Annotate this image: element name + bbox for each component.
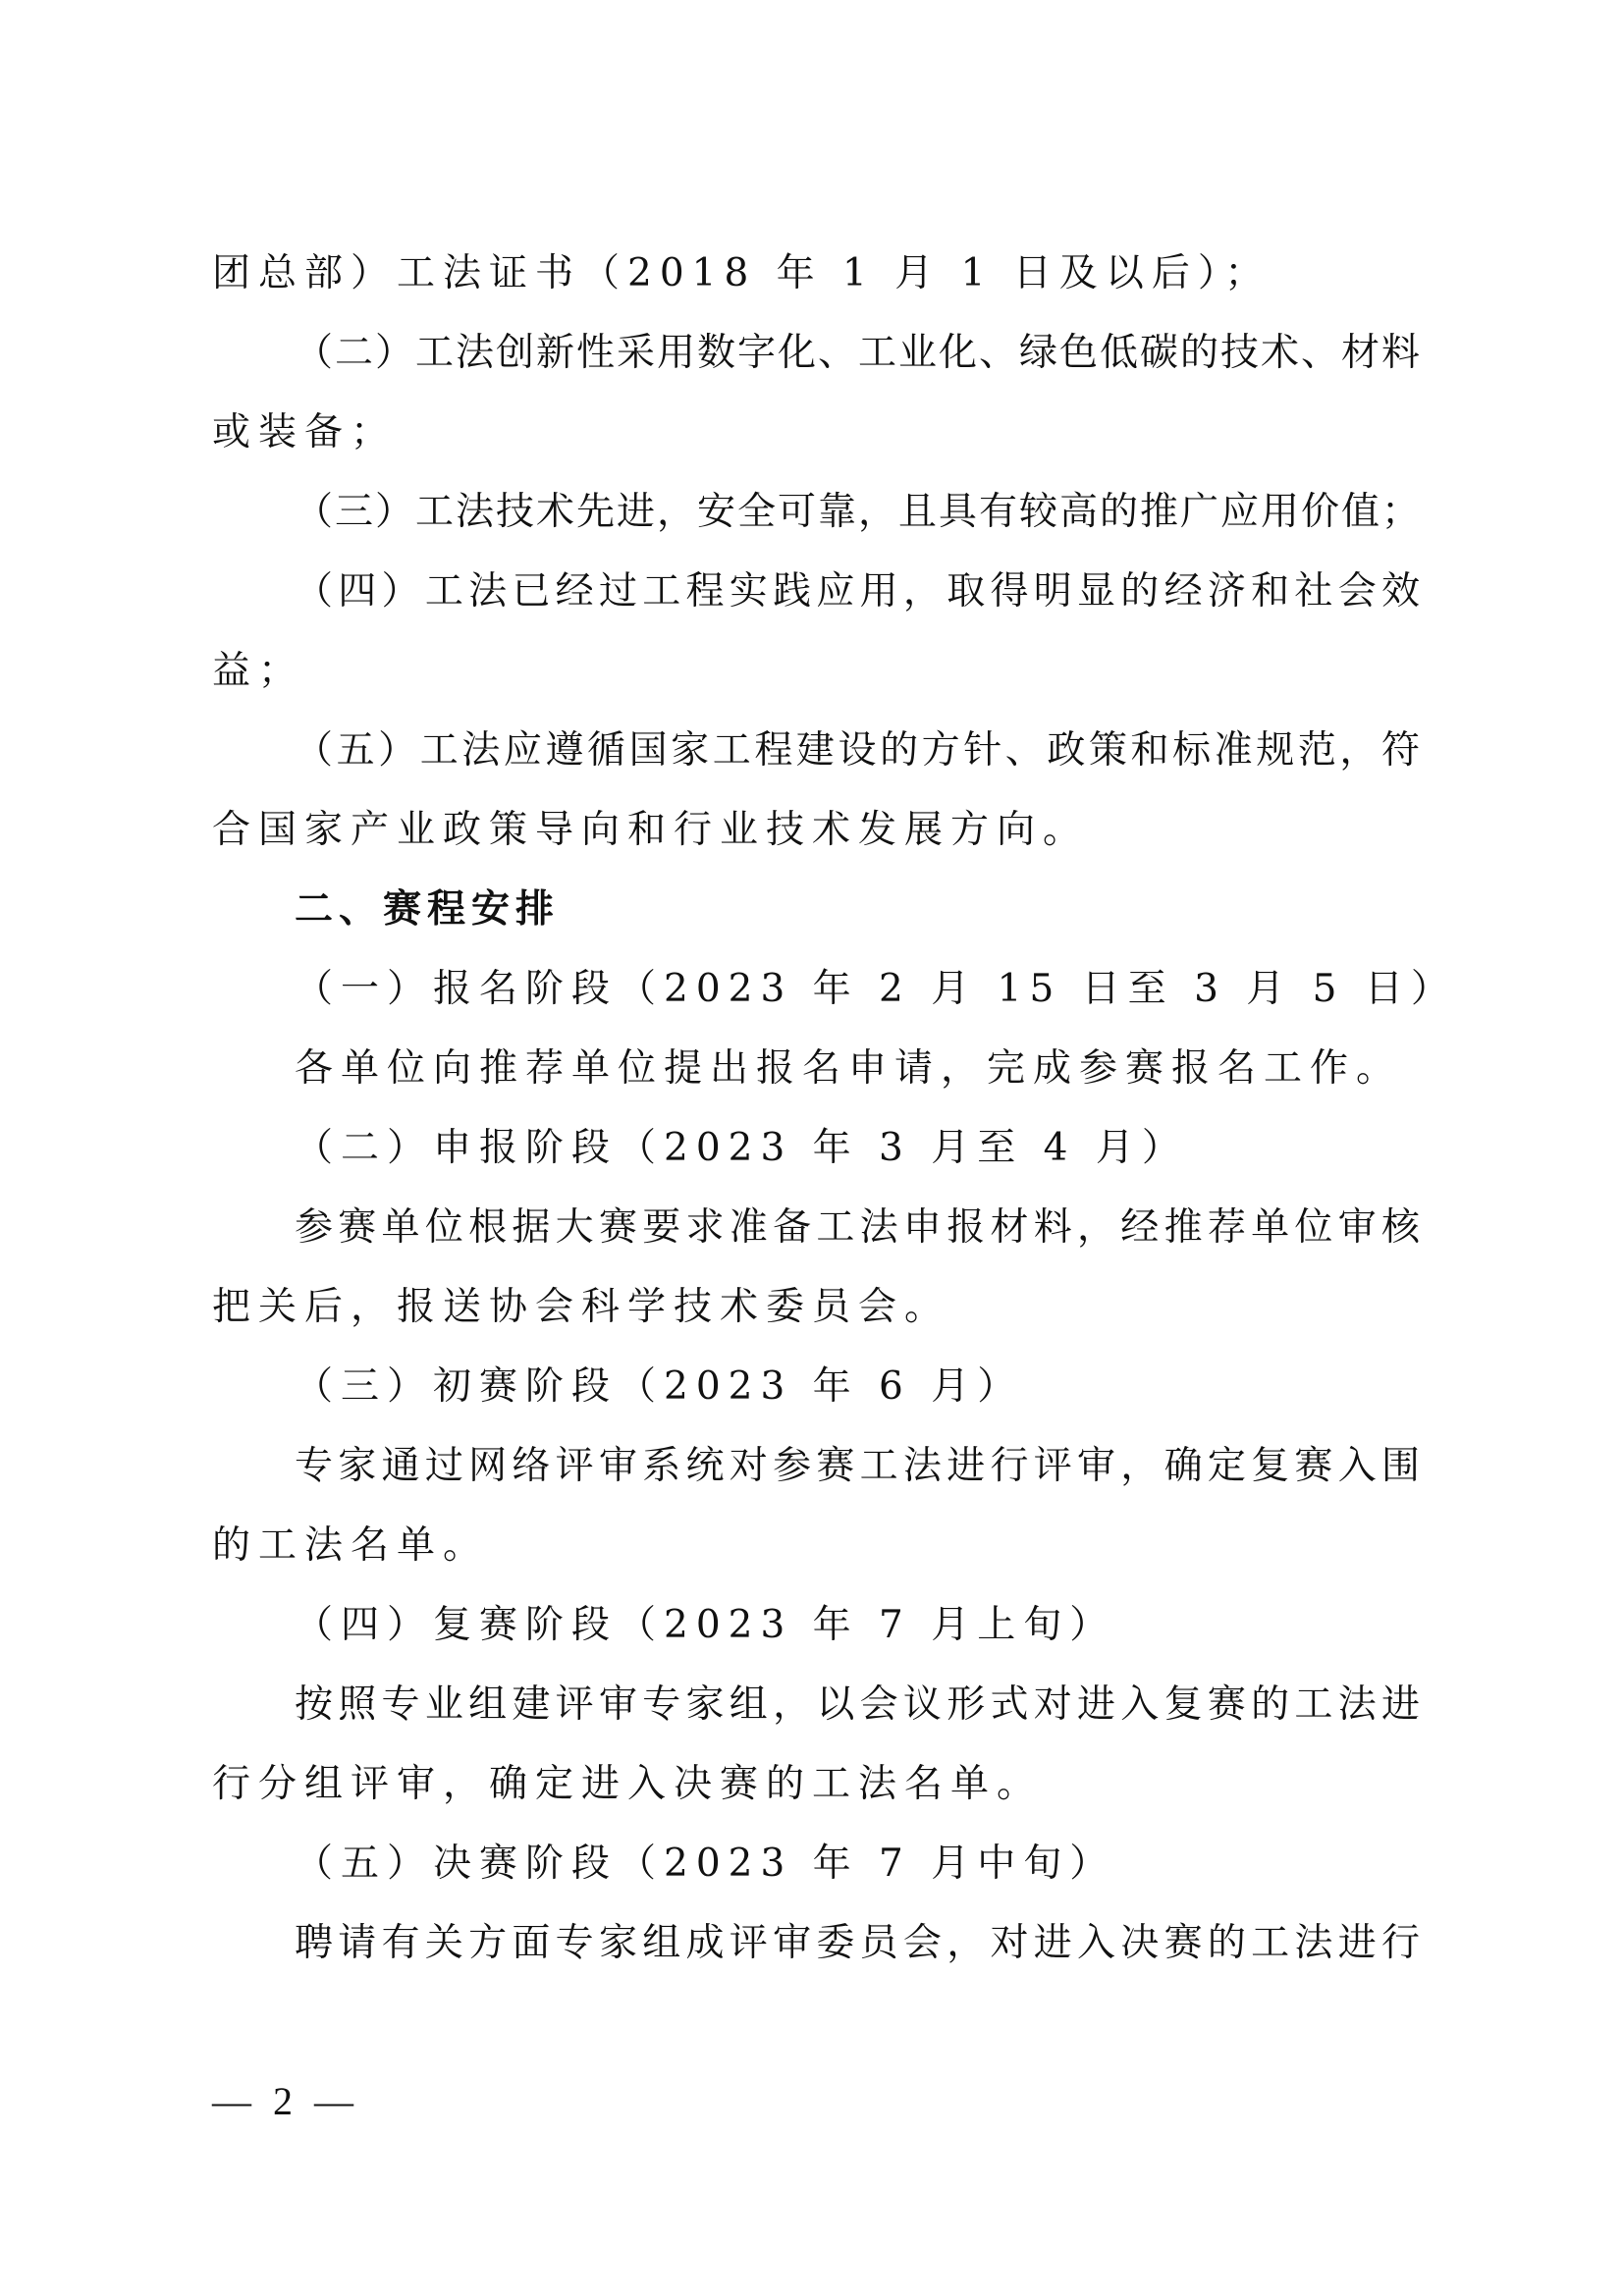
text-line: 聘请有关方面专家组成评审委员会，对进入决赛的工法进行 bbox=[295, 1917, 1420, 1970]
text-line: 按照专业组建评审专家组，以会议形式对进入复赛的工法进 bbox=[295, 1679, 1420, 1732]
text-line: 或装备； bbox=[212, 406, 1420, 459]
text-line: 合国家产业政策导向和行业技术发展方向。 bbox=[212, 804, 1420, 857]
text-line: （五）决赛阶段（2023 年 7 月中旬） bbox=[295, 1838, 1420, 1891]
text-line: （五）工法应遵循国家工程建设的方针、政策和标准规范，符 bbox=[295, 724, 1420, 777]
text-line: 团总部）工法证书（2018 年 1 月 1 日及以后）； bbox=[212, 247, 1420, 300]
text-line: （三）工法技术先进，安全可靠，且具有较高的推广应用价值； bbox=[295, 486, 1420, 539]
text-line: 的工法名单。 bbox=[212, 1520, 1420, 1573]
text-line: （四）工法已经过工程实践应用，取得明显的经济和社会效 bbox=[295, 565, 1420, 618]
text-line: 专家通过网络评审系统对参赛工法进行评审，确定复赛入围 bbox=[295, 1440, 1420, 1493]
text-line: 各单位向推荐单位提出报名申请，完成参赛报名工作。 bbox=[295, 1042, 1420, 1095]
text-line: （三）初赛阶段（2023 年 6 月） bbox=[295, 1361, 1420, 1414]
document-page: 团总部）工法证书（2018 年 1 月 1 日及以后）； （二）工法创新性采用数… bbox=[0, 0, 1623, 2296]
text-line: （二）工法创新性采用数字化、工业化、绿色低碳的技术、材料 bbox=[295, 327, 1420, 380]
text-line: 参赛单位根据大赛要求准备工法申报材料，经推荐单位审核 bbox=[295, 1201, 1420, 1255]
text-line: （一）报名阶段（2023 年 2 月 15 日至 3 月 5 日） bbox=[295, 963, 1420, 1016]
text-line: （四）复赛阶段（2023 年 7 月上旬） bbox=[295, 1599, 1420, 1652]
text-line: （二）申报阶段（2023 年 3 月至 4 月） bbox=[295, 1122, 1420, 1175]
text-line: 把关后，报送协会科学技术委员会。 bbox=[212, 1281, 1420, 1334]
section-heading: 二、赛程安排 bbox=[295, 883, 1420, 936]
page-number: — 2 — bbox=[212, 2075, 359, 2128]
text-line: 行分组评审，确定进入决赛的工法名单。 bbox=[212, 1758, 1420, 1811]
text-line: 益； bbox=[212, 645, 1420, 698]
